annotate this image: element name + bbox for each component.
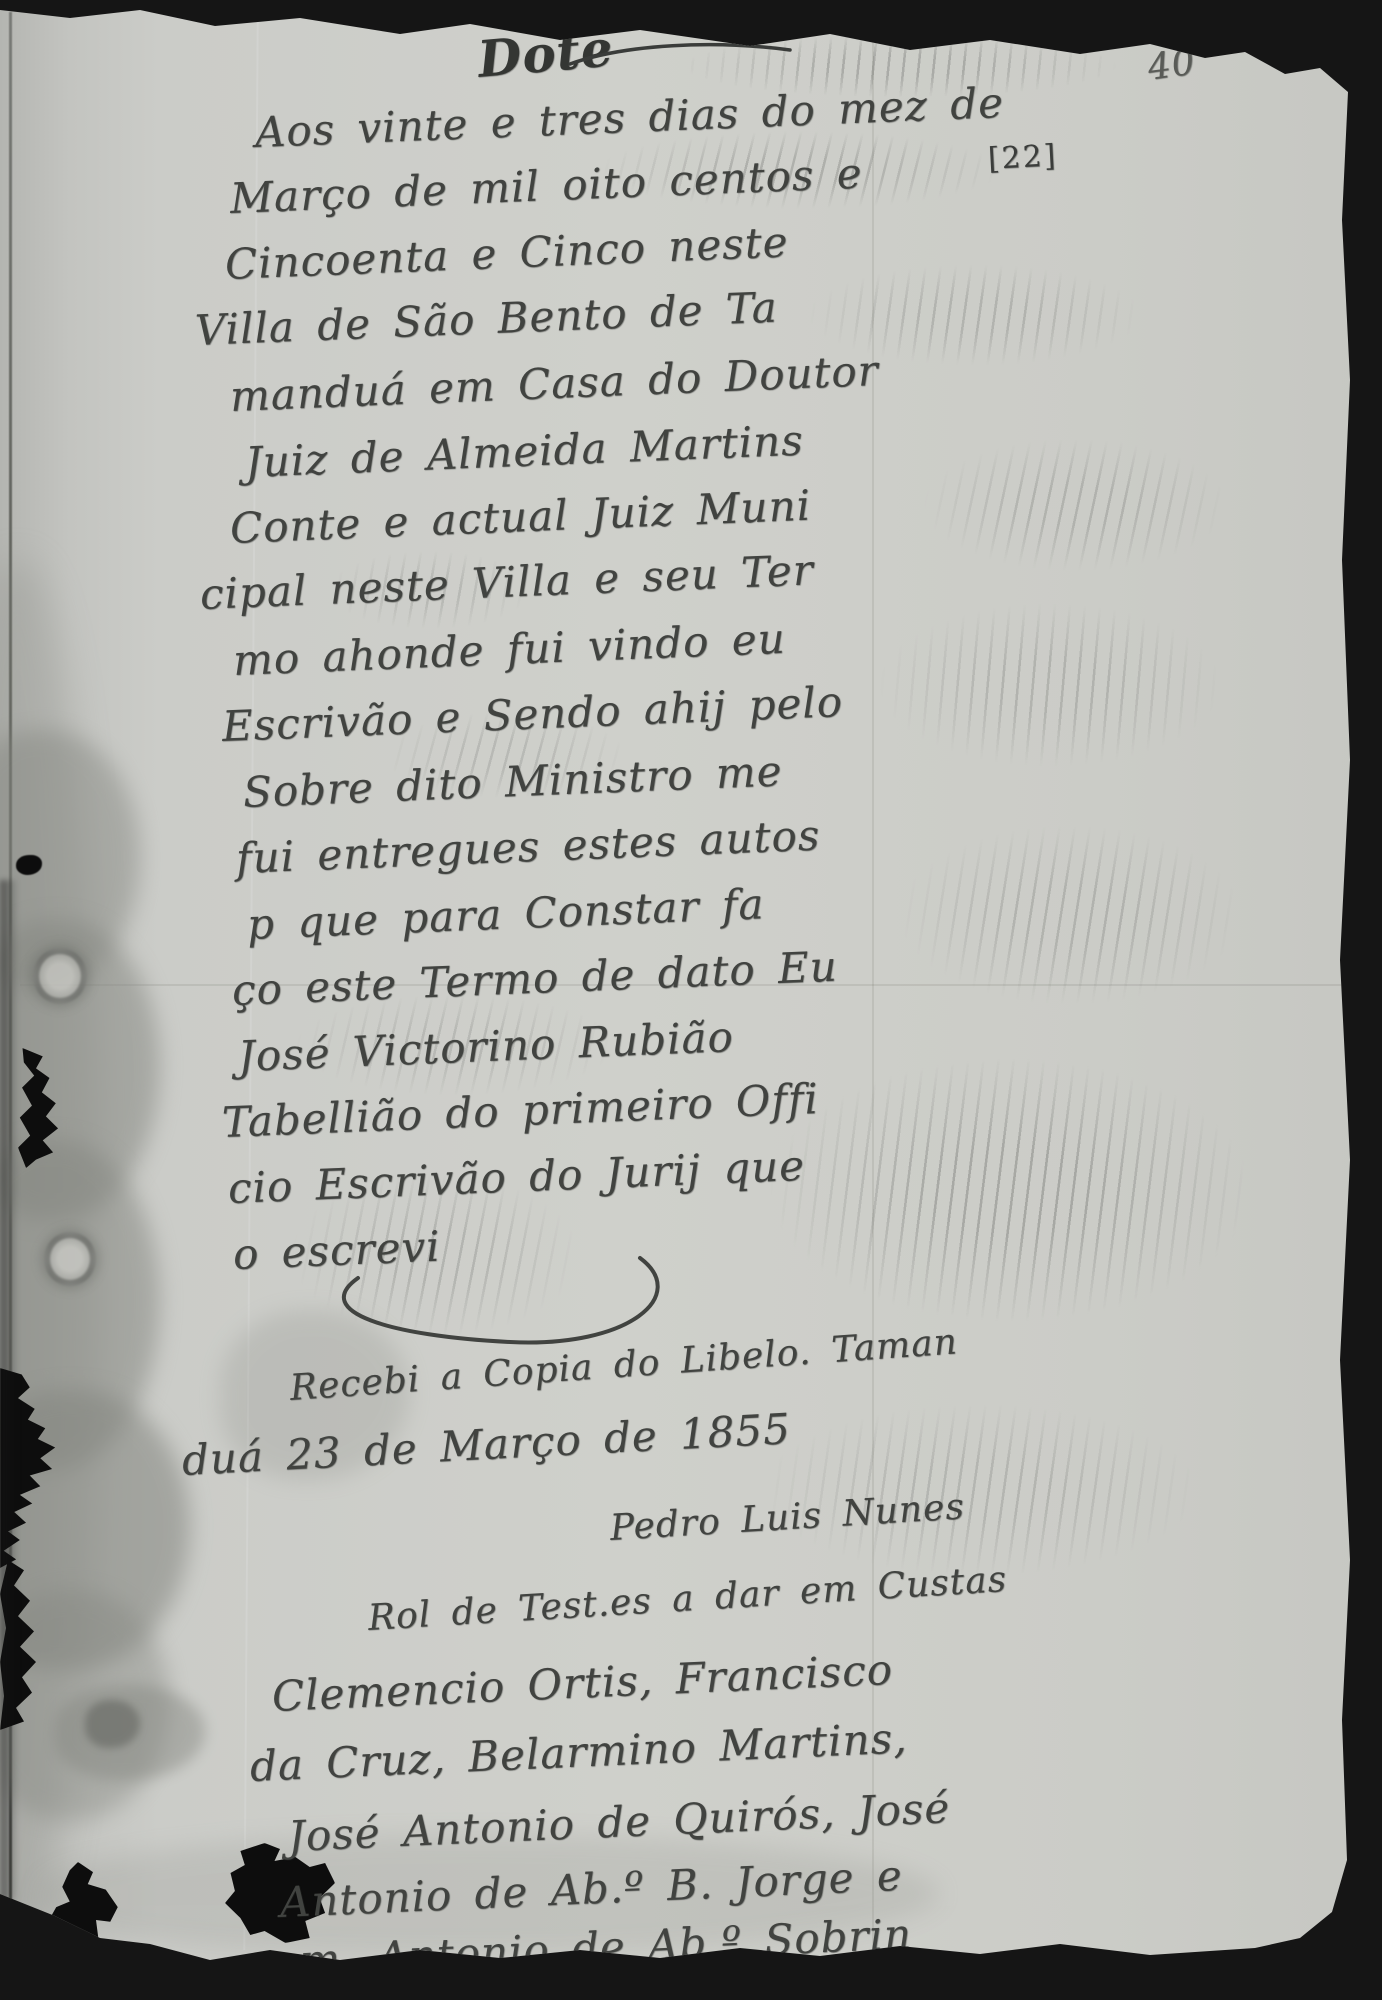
binding-shadow [0, 880, 18, 1900]
scanned-manuscript-page: Dote 40 [22] Aos vinte e tres dias do me… [0, 0, 1382, 2000]
margin-reference: [22] [987, 138, 1058, 177]
witness-line: Rol de Test.es a dar em Custas [367, 1559, 1009, 1639]
body-line: Villa de São Bento de Ta [194, 283, 778, 355]
title-flourish [565, 40, 795, 72]
ink-bleedthrough [830, 580, 1270, 790]
paper-sheet: Dote 40 [22] Aos vinte e tres dias do me… [0, 0, 1382, 2000]
body-line: p que para Constar fa [246, 879, 765, 949]
page-number: 40 [1145, 42, 1198, 89]
ink-bleedthrough [880, 420, 1270, 590]
witness-line: Clemencio Ortis, Francisco [271, 1645, 894, 1721]
body-line: manduá em Casa do Doutor [229, 346, 880, 421]
body-line: Juiz de Almeida Martins [244, 416, 805, 487]
ring-stain [44, 1232, 96, 1286]
body-line: fui entregues estes autos [235, 811, 821, 883]
witness-line: da Cruz, Belarmino Martins, [249, 1713, 908, 1791]
body-line: Cincoenta e Cinco neste [224, 217, 789, 289]
ink-specks [0, 0, 4, 4]
ring-stain [33, 948, 87, 1004]
ink-bleedthrough [850, 800, 1290, 1030]
